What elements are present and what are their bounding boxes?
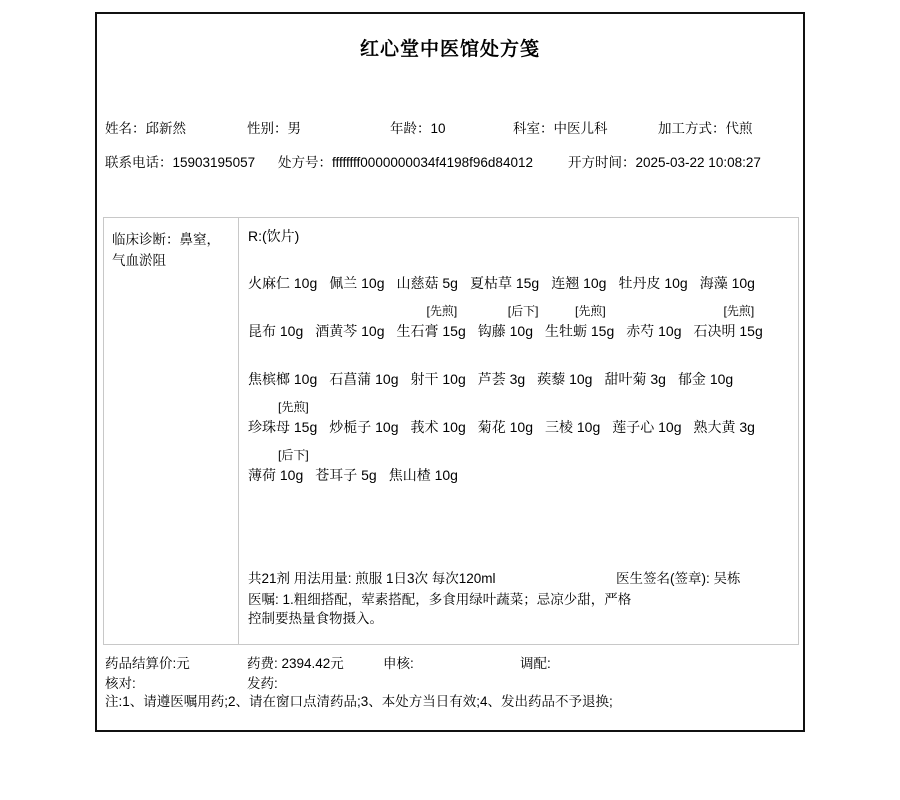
medicine-row: 珍珠母 15g[先煎]炒栀子 10g莪术 10g菊花 10g三棱 10g莲子心 … bbox=[248, 388, 798, 436]
drug-item: 炒栀子 10g bbox=[329, 418, 398, 436]
prescription-box: 临床诊断：鼻窒，气血淤阻 R:(饮片) 火麻仁 10g佩兰 10g山慈菇 5g夏… bbox=[103, 217, 799, 645]
check-label: 核对: bbox=[105, 672, 136, 692]
dispense-label: 发药: bbox=[247, 672, 278, 692]
medicine-row: 焦槟榔 10g石菖蒲 10g射干 10g芦荟 3g蒺藜 10g甜叶菊 3g郁金 … bbox=[248, 340, 798, 388]
drug-name-qty: 炒栀子 10g bbox=[329, 419, 398, 435]
drug-item: 熟大黄 3g bbox=[694, 418, 755, 436]
doctor-advice-line1: 医嘱: 1.粗细搭配，荤素搭配，多食用绿叶蔬菜；忌凉少甜，严格 bbox=[248, 592, 631, 607]
drug-name-qty: 佩兰 10g bbox=[329, 275, 384, 291]
drug-name-qty: 酒黄芩 10g bbox=[315, 323, 384, 339]
patient-age: 年龄：10 bbox=[390, 117, 446, 137]
drug-name-qty: 焦山楂 10g bbox=[389, 467, 458, 483]
processing-mode: 加工方式：代煎 bbox=[658, 117, 753, 137]
footer-note: 注:1、请遵医嘱用药;2、请在窗口点清药品;3、本处方当日有效;4、发出药品不予… bbox=[105, 690, 613, 710]
prescription-time: 开方时间：2025-03-22 10:08:27 bbox=[568, 151, 761, 171]
drug-name-qty: 莪术 10g bbox=[411, 419, 466, 435]
drug-name-qty: 射干 10g bbox=[411, 371, 466, 387]
dispense-prep-label: 调配: bbox=[520, 652, 551, 672]
decoction-tag: [先煎] bbox=[278, 400, 309, 414]
drug-name-qty: 蒺藜 10g bbox=[537, 371, 592, 387]
clinical-diagnosis: 临床诊断：鼻窒，气血淤阻 bbox=[104, 218, 239, 644]
fee-label: 药费: 2394.42元 bbox=[247, 652, 344, 672]
drug-item: 石菖蒲 10g bbox=[329, 370, 398, 388]
drug-item: 海藻 10g bbox=[700, 274, 755, 292]
medicine-rows: 火麻仁 10g佩兰 10g山慈菇 5g夏枯草 15g连翘 10g牡丹皮 10g海… bbox=[248, 244, 798, 484]
drug-item: 石决明 15g[先煎] bbox=[694, 322, 763, 340]
doctor-advice: 医嘱: 1.粗细搭配，荤素搭配，多食用绿叶蔬菜；忌凉少甜，严格 控制要热量食物摄… bbox=[248, 590, 648, 628]
drug-item: 莪术 10g bbox=[411, 418, 466, 436]
drug-item: 赤芍 10g bbox=[626, 322, 681, 340]
drug-item: 火麻仁 10g bbox=[248, 274, 317, 292]
usage-line: 共21剂 用法用量: 煎服 1日3次 每次120ml 医生签名(签章): 吴栋 bbox=[248, 570, 798, 587]
drug-item: 焦山楂 10g bbox=[389, 466, 458, 484]
drug-item: 射干 10g bbox=[411, 370, 466, 388]
contact-phone: 联系电话：15903195057 bbox=[105, 151, 255, 171]
drug-item: 夏枯草 15g bbox=[470, 274, 539, 292]
drug-item: 生石膏 15g[先煎] bbox=[397, 322, 466, 340]
decoction-tag: [后下] bbox=[508, 304, 539, 318]
drug-name-qty: 石决明 15g bbox=[694, 323, 763, 339]
drug-name-qty: 三棱 10g bbox=[545, 419, 600, 435]
review-label: 申核: bbox=[383, 652, 414, 672]
drug-name-qty: 夏枯草 15g bbox=[470, 275, 539, 291]
drug-item: 菊花 10g bbox=[478, 418, 533, 436]
drug-item: 蒺藜 10g bbox=[537, 370, 592, 388]
drug-item: 钩藤 10g[后下] bbox=[478, 322, 533, 340]
decoction-tag: [先煎] bbox=[427, 304, 458, 318]
page-title: 红心堂中医馆处方笺 bbox=[97, 34, 803, 61]
drug-item: 薄荷 10g[后下] bbox=[248, 466, 303, 484]
drug-item: 甜叶菊 3g bbox=[604, 370, 665, 388]
drug-item: 三棱 10g bbox=[545, 418, 600, 436]
decoction-tag: [先煎] bbox=[575, 304, 606, 318]
doctor-signature: 医生签名(签章): 吴栋 bbox=[616, 570, 741, 587]
drug-item: 焦槟榔 10g bbox=[248, 370, 317, 388]
dosage-usage: 共21剂 用法用量: 煎服 1日3次 每次120ml bbox=[248, 571, 496, 586]
drug-item: 芦荟 3g bbox=[478, 370, 525, 388]
department: 科室：中医儿科 bbox=[513, 117, 608, 137]
drug-name-qty: 莲子心 10g bbox=[612, 419, 681, 435]
drug-item: 连翘 10g bbox=[551, 274, 606, 292]
drug-item: 苍耳子 5g bbox=[315, 466, 376, 484]
drug-item: 牡丹皮 10g bbox=[618, 274, 687, 292]
drug-item: 珍珠母 15g[先煎] bbox=[248, 418, 317, 436]
drug-name-qty: 连翘 10g bbox=[551, 275, 606, 291]
medicine-row: 火麻仁 10g佩兰 10g山慈菇 5g夏枯草 15g连翘 10g牡丹皮 10g海… bbox=[248, 244, 798, 292]
drug-item: 山慈菇 5g bbox=[397, 274, 458, 292]
drug-name-qty: 石菖蒲 10g bbox=[329, 371, 398, 387]
drug-item: 莲子心 10g bbox=[612, 418, 681, 436]
drug-name-qty: 薄荷 10g bbox=[248, 467, 303, 483]
drug-item: 郁金 10g bbox=[678, 370, 733, 388]
prescription-id: 处方号：ffffffff0000000034f4198f96d84012 bbox=[278, 151, 533, 171]
prescription-page: 红心堂中医馆处方笺 姓名：邱新然 性别：男 年龄：10 科室：中医儿科 加工方式… bbox=[95, 12, 805, 732]
settle-price-label: 药品结算价:元 bbox=[105, 652, 190, 672]
drug-name-qty: 焦槟榔 10g bbox=[248, 371, 317, 387]
drug-name-qty: 牡丹皮 10g bbox=[618, 275, 687, 291]
drug-name-qty: 钩藤 10g bbox=[478, 323, 533, 339]
drug-name-qty: 芦荟 3g bbox=[478, 371, 525, 387]
patient-name: 姓名：邱新然 bbox=[105, 117, 186, 137]
drug-item: 酒黄芩 10g bbox=[315, 322, 384, 340]
drug-name-qty: 生牡蛎 15g bbox=[545, 323, 614, 339]
medicine-row: 薄荷 10g[后下]苍耳子 5g焦山楂 10g bbox=[248, 436, 798, 484]
decoction-tag: [先煎] bbox=[724, 304, 755, 318]
drug-name-qty: 苍耳子 5g bbox=[315, 467, 376, 483]
drug-name-qty: 生石膏 15g bbox=[397, 323, 466, 339]
rx-header: R:(饮片) bbox=[248, 228, 798, 244]
decoction-tag: [后下] bbox=[278, 448, 309, 462]
drug-name-qty: 郁金 10g bbox=[678, 371, 733, 387]
drug-name-qty: 赤芍 10g bbox=[626, 323, 681, 339]
drug-name-qty: 昆布 10g bbox=[248, 323, 303, 339]
drug-name-qty: 山慈菇 5g bbox=[397, 275, 458, 291]
drug-name-qty: 火麻仁 10g bbox=[248, 275, 317, 291]
drug-name-qty: 珍珠母 15g bbox=[248, 419, 317, 435]
drug-name-qty: 菊花 10g bbox=[478, 419, 533, 435]
doctor-advice-line2: 控制要热量食物摄入。 bbox=[248, 611, 383, 626]
drug-name-qty: 甜叶菊 3g bbox=[604, 371, 665, 387]
drug-item: 昆布 10g bbox=[248, 322, 303, 340]
patient-gender: 性别：男 bbox=[247, 117, 301, 137]
drug-name-qty: 海藻 10g bbox=[700, 275, 755, 291]
drug-item: 生牡蛎 15g[先煎] bbox=[545, 322, 614, 340]
drug-name-qty: 熟大黄 3g bbox=[694, 419, 755, 435]
rx-column: R:(饮片) 火麻仁 10g佩兰 10g山慈菇 5g夏枯草 15g连翘 10g牡… bbox=[239, 218, 798, 644]
drug-item: 佩兰 10g bbox=[329, 274, 384, 292]
medicine-row: 昆布 10g酒黄芩 10g生石膏 15g[先煎]钩藤 10g[后下]生牡蛎 15… bbox=[248, 292, 798, 340]
